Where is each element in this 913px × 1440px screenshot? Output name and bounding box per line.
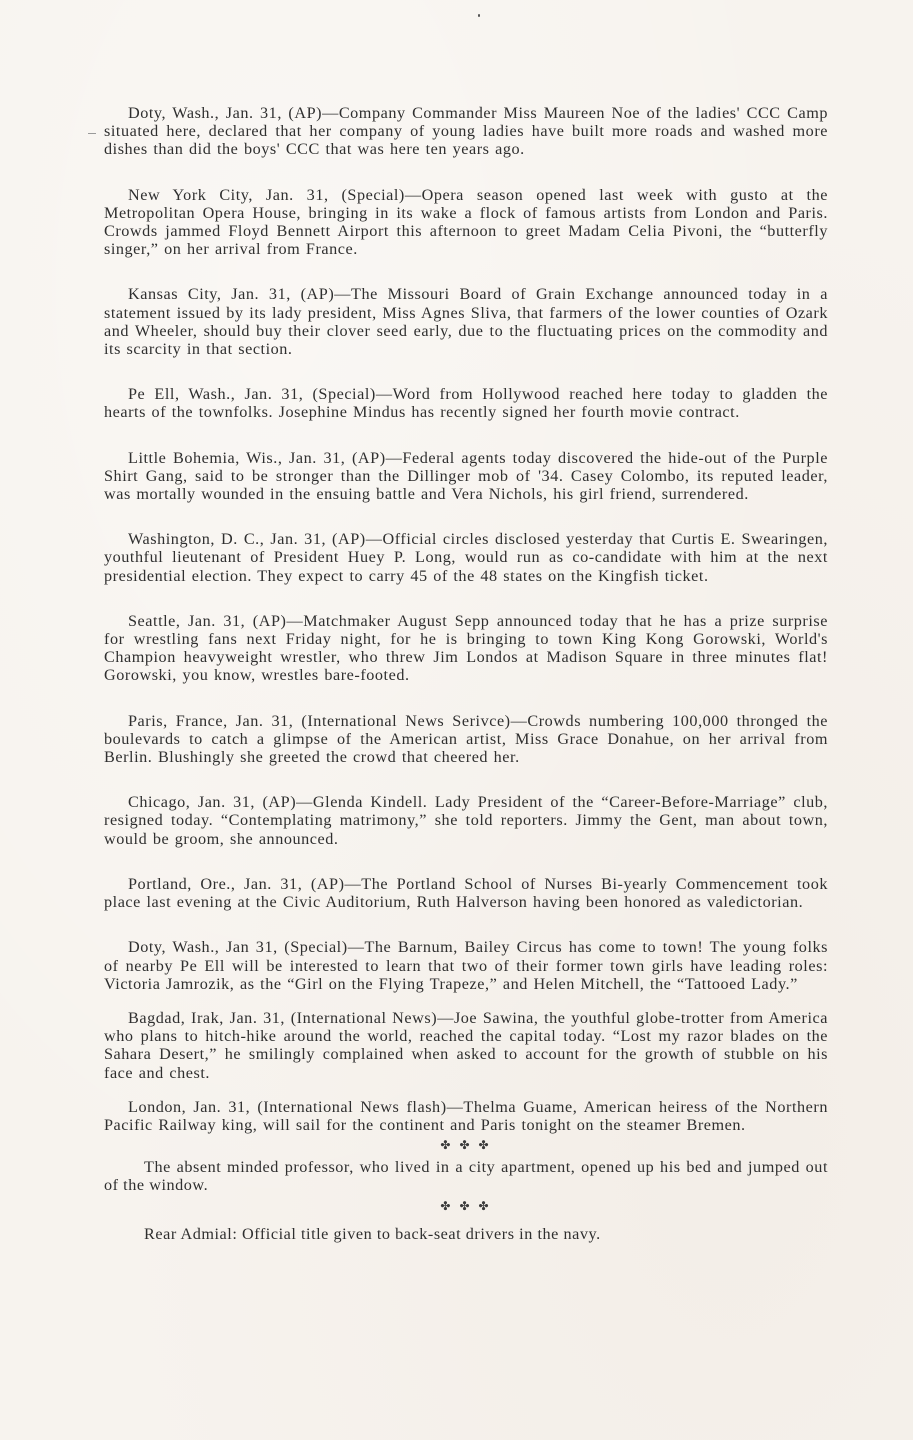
dateline: Paris, France, Jan. 31, (International N… xyxy=(128,712,511,730)
news-item: Bagdad, Irak, Jan. 31, (International Ne… xyxy=(104,1009,828,1082)
dateline: Kansas City, Jan. 31, (AP) xyxy=(128,285,334,303)
joke-text: The absent minded professor, who lived i… xyxy=(104,1158,828,1194)
separator-ornament: ✤ ✤ ✤ xyxy=(104,1138,828,1152)
dateline: Seattle, Jan. 31, (AP) xyxy=(128,612,287,630)
em-dash: — xyxy=(405,186,422,204)
separator-ornament: ✤ ✤ ✤ xyxy=(104,1199,828,1213)
em-dash: — xyxy=(287,612,304,630)
news-item: Washington, D. C., Jan. 31, (AP)—Officia… xyxy=(104,530,828,585)
dateline: Doty, Wash., Jan 31, (Special) xyxy=(128,938,348,956)
em-dash: — xyxy=(322,104,339,122)
news-item: Paris, France, Jan. 31, (International N… xyxy=(104,712,828,767)
news-item: Doty, Wash., Jan 31, (Special)—The Barnu… xyxy=(104,938,828,993)
news-item: New York City, Jan. 31, (Special)—Opera … xyxy=(104,186,828,259)
em-dash: — xyxy=(345,875,362,893)
news-item: Seattle, Jan. 31, (AP)—Matchmaker August… xyxy=(104,612,828,685)
news-item: Kansas City, Jan. 31, (AP)—The Missouri … xyxy=(104,285,828,358)
news-column: Doty, Wash., Jan. 31, (AP)—Company Comma… xyxy=(104,100,828,1243)
ink-speck xyxy=(478,14,480,17)
dateline: Little Bohemia, Wis., Jan. 31, (AP) xyxy=(128,449,386,467)
news-item: Doty, Wash., Jan. 31, (AP)—Company Comma… xyxy=(104,104,828,159)
em-dash: — xyxy=(447,1098,464,1116)
joke-text: Rear Admial: Official title given to bac… xyxy=(104,1225,828,1243)
dateline: Bagdad, Irak, Jan. 31, (International Ne… xyxy=(128,1009,437,1027)
em-dash: — xyxy=(437,1009,454,1027)
em-dash: — xyxy=(386,449,403,467)
em-dash: — xyxy=(296,793,313,811)
em-dash: — xyxy=(376,385,393,403)
dateline: Doty, Wash., Jan. 31, (AP) xyxy=(128,104,322,122)
em-dash: — xyxy=(348,938,365,956)
dateline: London, Jan. 31, (International News fla… xyxy=(128,1098,447,1116)
news-item: Little Bohemia, Wis., Jan. 31, (AP)—Fede… xyxy=(104,449,828,504)
em-dash: — xyxy=(334,285,351,303)
em-dash: — xyxy=(511,712,528,730)
dateline: Pe Ell, Wash., Jan. 31, (Special) xyxy=(128,385,376,403)
dateline: Chicago, Jan. 31, (AP) xyxy=(128,793,296,811)
news-item: London, Jan. 31, (International News fla… xyxy=(104,1098,828,1134)
dateline: New York City, Jan. 31, (Special) xyxy=(128,186,405,204)
margin-mark xyxy=(88,133,96,134)
dateline: Portland, Ore., Jan. 31, (AP) xyxy=(128,875,345,893)
news-item: Pe Ell, Wash., Jan. 31, (Special)—Word f… xyxy=(104,385,828,421)
news-item: Chicago, Jan. 31, (AP)—Glenda Kindell. L… xyxy=(104,793,828,848)
dateline: Washington, D. C., Jan. 31, (AP) xyxy=(128,530,366,548)
scanned-page: Doty, Wash., Jan. 31, (AP)—Company Comma… xyxy=(0,0,913,1440)
em-dash: — xyxy=(366,530,383,548)
news-item: Portland, Ore., Jan. 31, (AP)—The Portla… xyxy=(104,875,828,911)
